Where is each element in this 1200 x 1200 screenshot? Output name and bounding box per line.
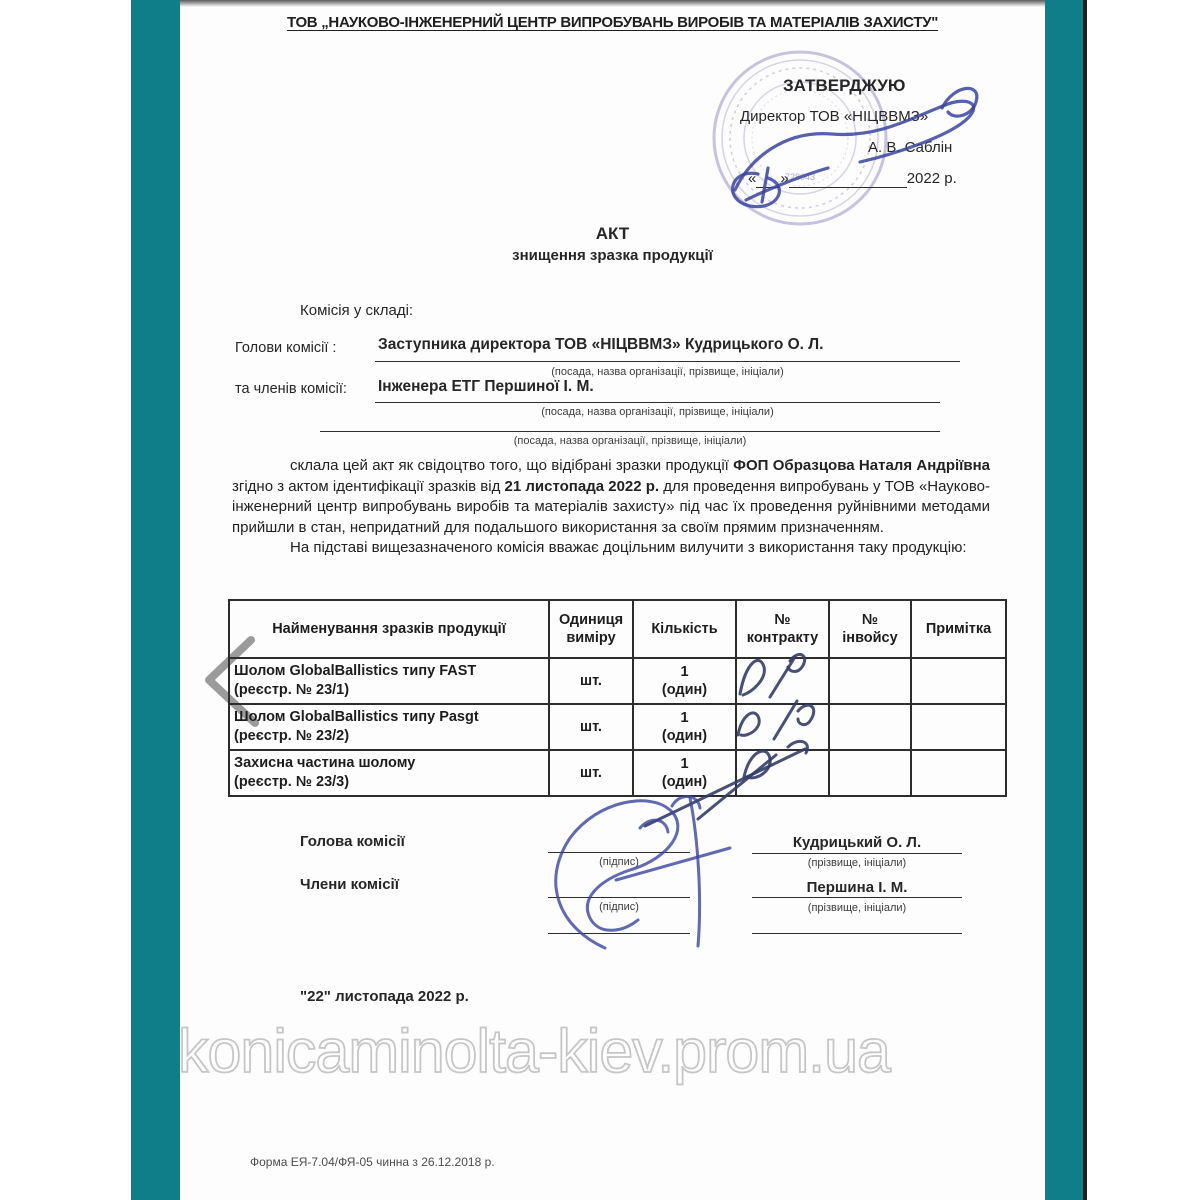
table-row: Шолом GlobalBallistics типу FAST(реєстр.…: [229, 658, 1006, 704]
commission-intro: Комісія у складі:: [300, 302, 413, 319]
note-cell: [911, 658, 1006, 704]
blank-name-line: [752, 916, 962, 934]
invoice-cell: [829, 704, 911, 750]
approval-name: А. В. Саблін: [868, 139, 952, 156]
approval-position: Директор ТОВ «НІЦВВМЗ»: [740, 108, 928, 125]
member-name-caption: (прізвище, ініціали): [752, 902, 962, 914]
sample-reg: (реєстр. № 23/3): [234, 773, 544, 792]
head-sign-caption: (підпис): [548, 856, 690, 868]
head-name-line: [752, 836, 962, 854]
date-day-blank: [756, 170, 780, 188]
date-quote-open: «: [748, 170, 756, 187]
col-header-qty: Кількість: [633, 600, 736, 658]
date-month-blank: [789, 170, 907, 188]
sample-unit: шт.: [549, 658, 633, 704]
scanned-document-page: ТОВ „НАУКОВО-ІНЖЕНЕРНИЙ ЦЕНТР ВИПРОБУВАН…: [0, 0, 1200, 1200]
sample-name: Шолом GlobalBallistics типу FAST: [234, 662, 544, 681]
act-body-text: склала цей акт як свідоцтво того, що від…: [232, 456, 990, 559]
invoice-cell: [829, 658, 911, 704]
sample-name-cell: Шолом GlobalBallistics типу FAST(реєстр.…: [229, 658, 549, 704]
commission-extra-line: [320, 412, 940, 432]
sample-qty-cell: 1(один): [633, 750, 736, 796]
act-date: "22" листопада 2022 р.: [300, 988, 469, 1005]
commission-extra-caption: (посада, назва організації, прізвище, ін…: [320, 435, 940, 447]
p1-text1: склала цей акт як свідоцтво того, що від…: [290, 457, 733, 474]
paragraph-2: На підставі вищезазначеного комісія вваж…: [232, 538, 990, 559]
invoice-cell: [829, 750, 911, 796]
commission-members-label: та членів комісії:: [235, 381, 347, 397]
note-cell: [911, 750, 1006, 796]
approval-date-line: « » 2022 р.: [748, 170, 957, 188]
head-name-caption: (прізвище, ініціали): [752, 857, 962, 869]
site-watermark: konicaminolta-kiev.prom.ua: [178, 1016, 1038, 1086]
col-header-invoice: № інвойсу: [829, 600, 911, 658]
paragraph-1: склала цей акт як свідоцтво того, що від…: [232, 456, 990, 538]
sample-qty-words: (один): [638, 773, 731, 791]
right-teal-band: [1045, 0, 1083, 1200]
col-header-name: Найменування зразків продукції: [229, 600, 549, 658]
col-header-contract: № контракту: [736, 600, 829, 658]
carousel-prev-button[interactable]: [140, 575, 230, 680]
right-dark-edge: [1083, 0, 1087, 1200]
sample-qty-words: (один): [638, 681, 731, 699]
samples-table: Найменування зразків продукції Одиниця в…: [228, 599, 1007, 797]
col-header-unit: Одиниця виміру: [549, 600, 633, 658]
approval-title: ЗАТВЕРДЖУЮ: [783, 76, 905, 96]
contract-cell: [736, 750, 829, 796]
member-sign-caption: (підпис): [548, 901, 690, 913]
contract-cell: [736, 658, 829, 704]
blank-sign-line: [548, 916, 690, 934]
note-cell: [911, 704, 1006, 750]
commission-head-label: Голови комісії :: [235, 340, 336, 356]
col-header-note: Примітка: [911, 600, 1006, 658]
sample-unit: шт.: [549, 750, 633, 796]
sample-qty-cell: 1(один): [633, 704, 736, 750]
member-sign-line: [548, 879, 690, 898]
sample-reg: (реєстр. № 23/2): [234, 727, 544, 746]
date-year: 2022 р.: [907, 170, 957, 187]
sign-head-label: Голова комісії: [300, 833, 405, 850]
table-row: Шолом GlobalBallistics типу Pasgt(реєстр…: [229, 704, 1006, 750]
sample-qty: 1: [638, 709, 731, 727]
sample-reg: (реєстр. № 23/1): [234, 681, 544, 700]
form-reference: Форма ЕЯ-7.04/ФЯ-05 чинна з 26.12.2018 р…: [250, 1155, 495, 1169]
p1-bold-entrepreneur: ФОП Образцова Наталя Андріївна: [733, 457, 990, 474]
table-header-row: Найменування зразків продукції Одиниця в…: [229, 600, 1006, 658]
p1-bold-date: 21 листопада 2022 р.: [505, 478, 660, 495]
sample-qty: 1: [638, 663, 731, 681]
date-quote-close: »: [780, 170, 788, 187]
head-sign-line: [548, 834, 690, 853]
doc-subtitle: знищення зразка продукції: [190, 247, 1035, 264]
commission-member-line: [375, 383, 940, 403]
sample-name-cell: Шолом GlobalBallistics типу Pasgt(реєстр…: [229, 704, 549, 750]
doc-title: АКТ: [190, 224, 1035, 244]
member-name-line: [752, 881, 962, 898]
sample-name: Захисна частина шолому: [234, 754, 544, 773]
sample-unit: шт.: [549, 704, 633, 750]
org-title: ТОВ „НАУКОВО-ІНЖЕНЕРНИЙ ЦЕНТР ВИПРОБУВАН…: [190, 14, 1035, 31]
sample-qty-words: (один): [638, 727, 731, 745]
sample-qty: 1: [638, 755, 731, 773]
paper-top-shadow: [180, 0, 1045, 7]
sample-qty-cell: 1(один): [633, 658, 736, 704]
table-row: Захисна частина шолому(реєстр. № 23/3) ш…: [229, 750, 1006, 796]
commission-head-caption: (посада, назва організації, прізвище, ін…: [375, 366, 960, 378]
sample-name: Шолом GlobalBallistics типу Pasgt: [234, 708, 544, 727]
contract-cell: [736, 704, 829, 750]
p1-text2: згідно з актом ідентифікації зразків від: [232, 478, 505, 495]
sign-members-label: Члени комісії: [300, 876, 399, 893]
commission-head-line: [375, 342, 960, 362]
sample-name-cell: Захисна частина шолому(реєстр. № 23/3): [229, 750, 549, 796]
